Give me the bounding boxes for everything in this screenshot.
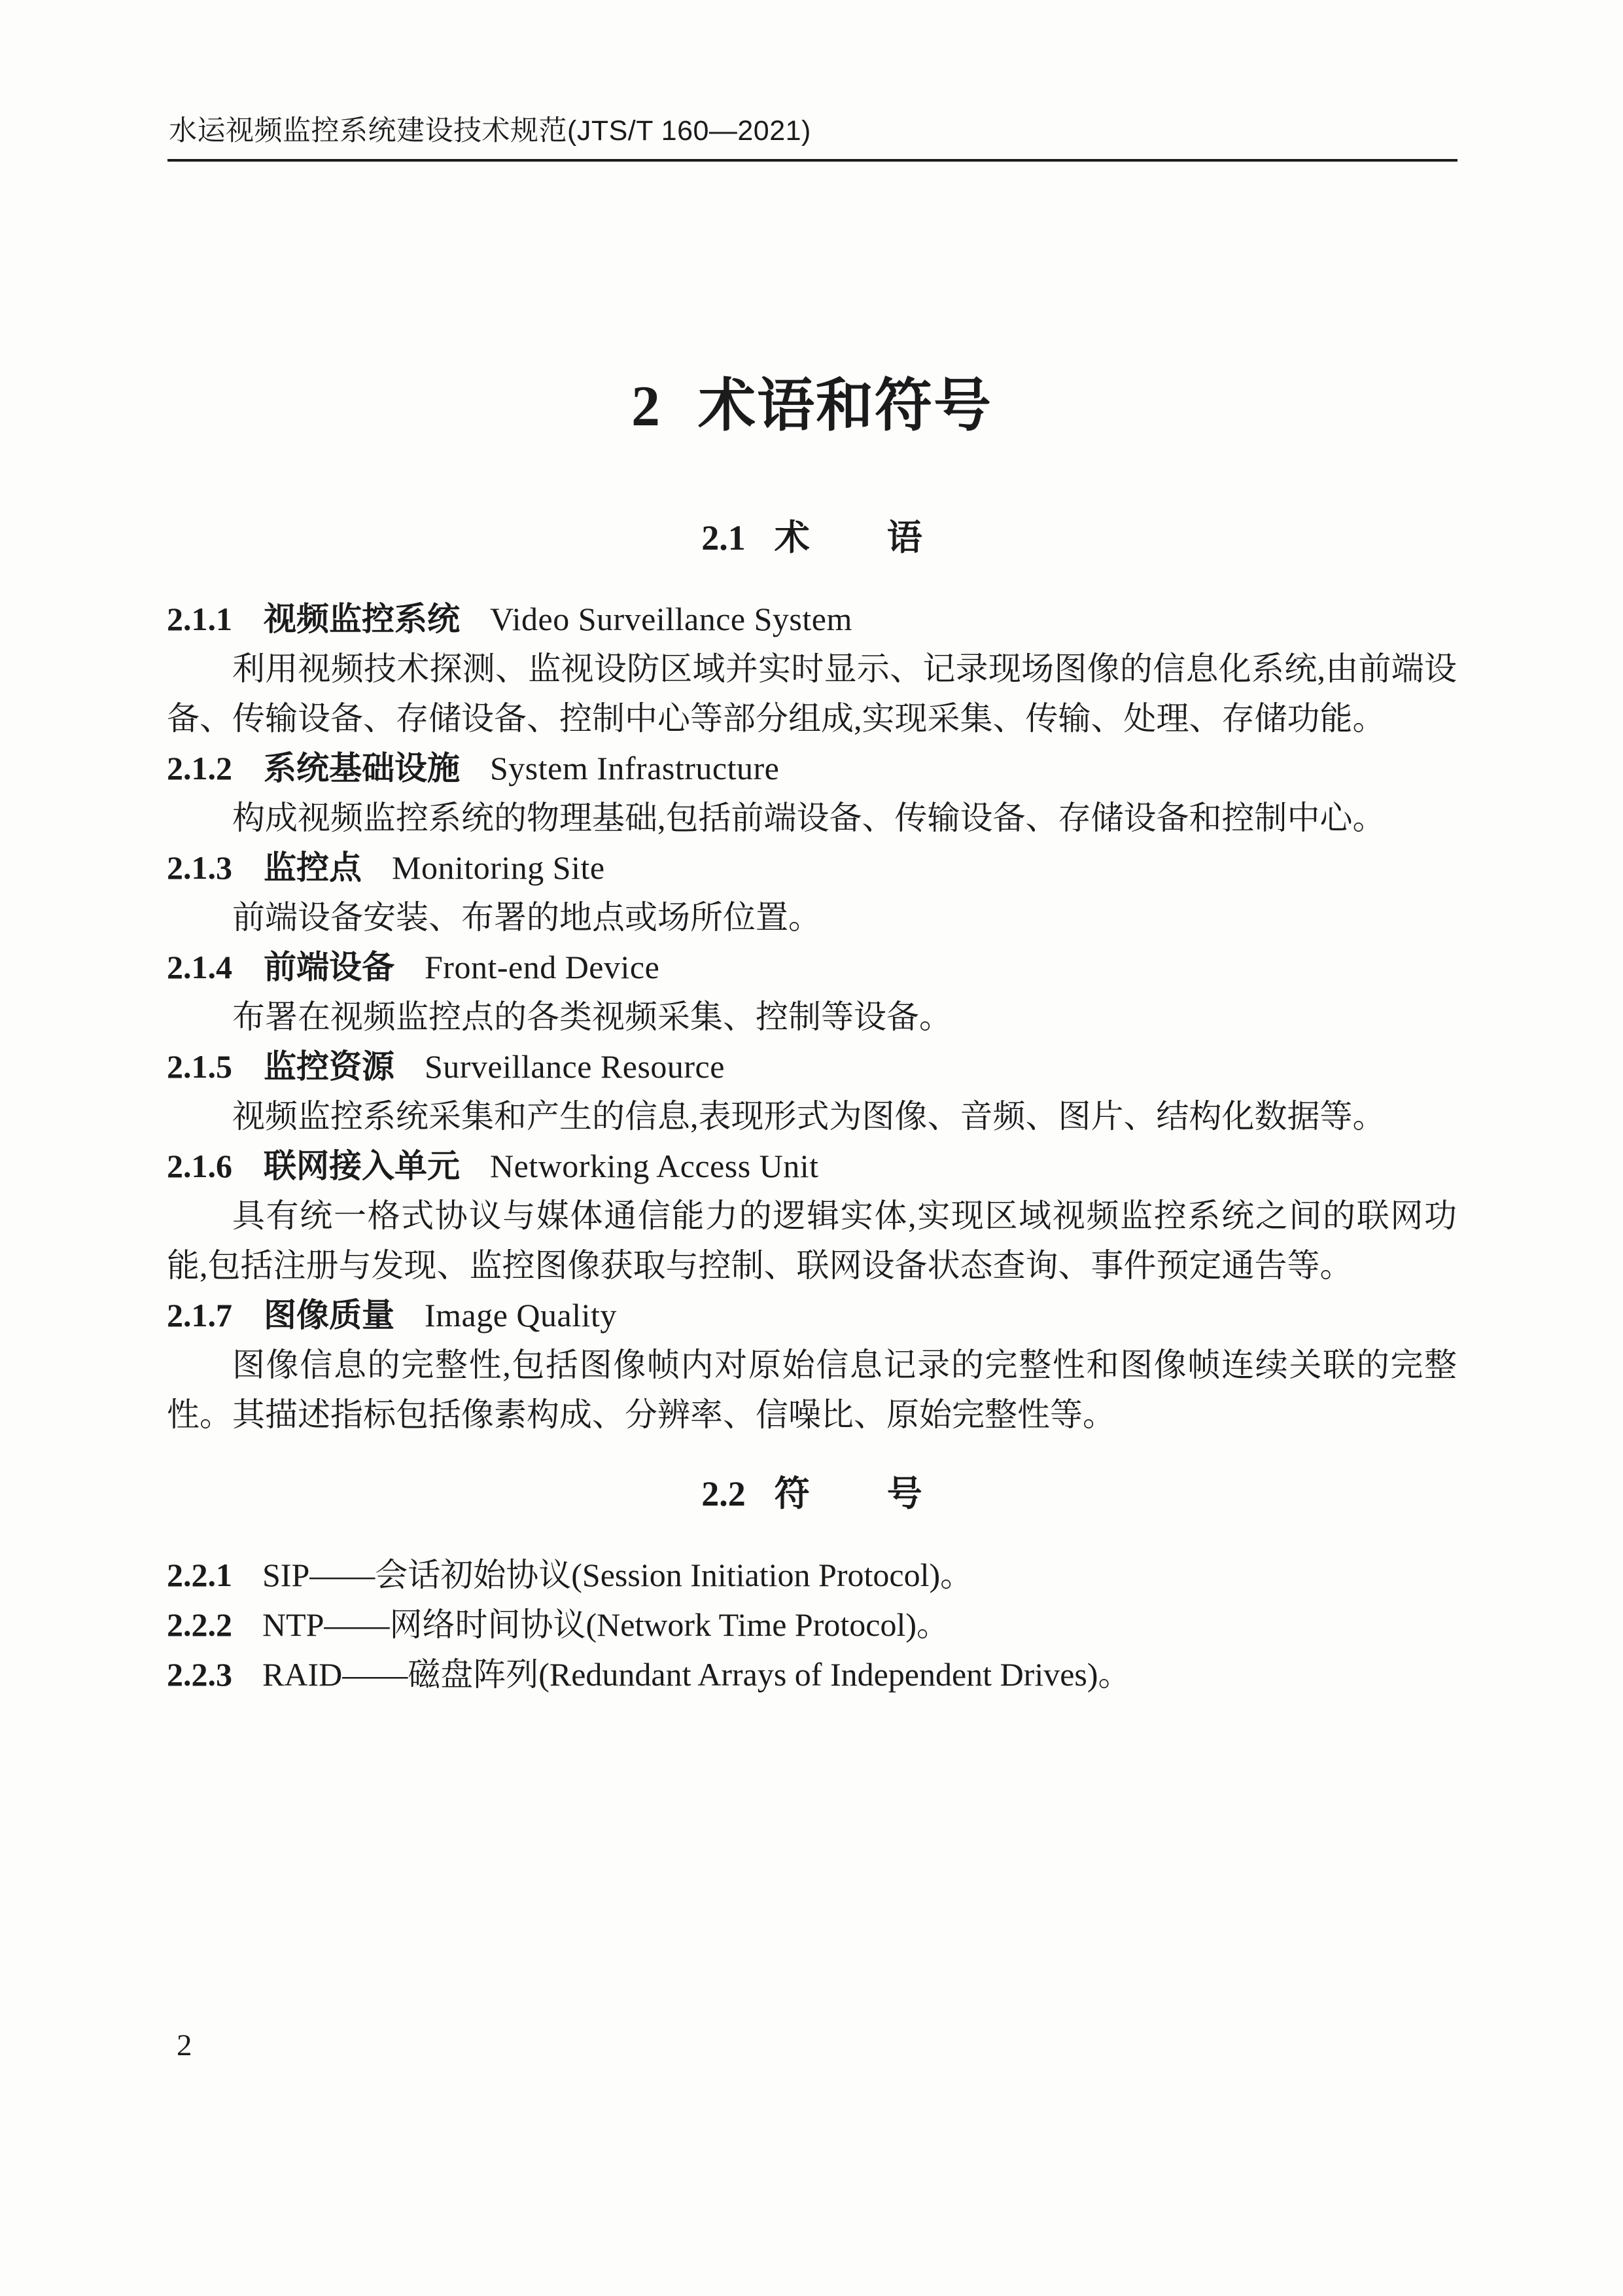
term-entry: 2.1.6联网接入单元Networking Access Unit 具有统一格式… [167, 1141, 1457, 1290]
section-number: 2.2 [701, 1474, 746, 1513]
term-name-en: Image Quality [425, 1297, 617, 1333]
term-name-en: Front-end Device [425, 949, 659, 985]
symbol-number: 2.2.2 [167, 1606, 232, 1643]
term-number: 2.1.7 [167, 1297, 232, 1333]
terms-list: 2.1.1视频监控系统Video Surveillance System 利用视… [167, 594, 1457, 1439]
chapter-number: 2 [631, 375, 661, 438]
term-name-cn: 系统基础设施 [264, 750, 460, 786]
term-definition: 利用视频技术探测、监视设防区域并实时显示、记录现场图像的信息化系统,由前端设备、… [167, 644, 1457, 743]
symbol-text: RAID——磁盘阵列(Redundant Arrays of Independe… [262, 1656, 1131, 1693]
page-number: 2 [177, 2027, 192, 2064]
chapter-title: 2术语和符号 [167, 368, 1457, 446]
symbol-entry: 2.2.3RAID——磁盘阵列(Redundant Arrays of Inde… [167, 1650, 1457, 1699]
term-number: 2.1.1 [167, 601, 232, 637]
symbol-entry: 2.2.2NTP——网络时间协议(Network Time Protocol)。 [167, 1600, 1457, 1650]
term-heading: 2.1.3监控点Monitoring Site [167, 843, 1457, 892]
term-name-cn: 监控资源 [264, 1048, 394, 1085]
term-name-cn: 前端设备 [264, 949, 394, 985]
term-entry: 2.1.1视频监控系统Video Surveillance System 利用视… [167, 594, 1457, 743]
running-header: 水运视频监控系统建设技术规范(JTS/T 160—2021) [169, 115, 1459, 147]
term-definition: 布署在视频监控点的各类视频采集、控制等设备。 [167, 992, 1457, 1042]
symbol-number: 2.2.3 [167, 1656, 232, 1693]
term-entry: 2.1.2系统基础设施System Infrastructure 构成视频监控系… [167, 743, 1457, 843]
chapter-title-text: 术语和符号 [698, 375, 992, 438]
term-name-en: Video Surveillance System [490, 601, 852, 637]
header-rule [167, 159, 1457, 162]
term-definition: 视频监控系统采集和产生的信息,表现形式为图像、音频、图片、结构化数据等。 [167, 1091, 1457, 1141]
term-definition: 图像信息的完整性,包括图像帧内对原始信息记录的完整性和图像帧连续关联的完整性。其… [167, 1340, 1457, 1439]
page-content: 2术语和符号 2.1术语 2.1.1视频监控系统Video Surveillan… [167, 368, 1457, 1699]
term-name-cn: 联网接入单元 [264, 1148, 460, 1184]
term-name-en: Monitoring Site [392, 849, 605, 886]
term-definition: 具有统一格式协议与媒体通信能力的逻辑实体,实现区域视频监控系统之间的联网功能,包… [167, 1191, 1457, 1290]
symbol-text: NTP——网络时间协议(Network Time Protocol)。 [262, 1606, 949, 1643]
document-page: 水运视频监控系统建设技术规范(JTS/T 160—2021) 2术语和符号 2.… [0, 0, 1623, 2296]
section-title-char: 语 [887, 518, 922, 557]
term-name-en: Networking Access Unit [490, 1148, 819, 1184]
section-title-char: 术 [775, 518, 810, 557]
term-entry: 2.1.3监控点Monitoring Site 前端设备安装、布署的地点或场所位… [167, 843, 1457, 942]
term-definition: 构成视频监控系统的物理基础,包括前端设备、传输设备、存储设备和控制中心。 [167, 793, 1457, 843]
symbol-number: 2.2.1 [167, 1557, 232, 1593]
section-title-char: 号 [887, 1474, 922, 1513]
term-number: 2.1.5 [167, 1048, 232, 1085]
symbol-text: SIP——会话初始协议(Session Initiation Protocol)… [262, 1557, 973, 1593]
term-heading: 2.1.1视频监控系统Video Surveillance System [167, 594, 1457, 644]
section-2-2-heading: 2.2符号 [167, 1473, 1457, 1515]
term-entry: 2.1.4前端设备Front-end Device 布署在视频监控点的各类视频采… [167, 942, 1457, 1042]
term-number: 2.1.6 [167, 1148, 232, 1184]
term-heading: 2.1.2系统基础设施System Infrastructure [167, 743, 1457, 793]
section-title-char: 符 [775, 1474, 810, 1513]
term-name-cn: 视频监控系统 [264, 601, 460, 637]
section-2-1-heading: 2.1术语 [167, 517, 1457, 559]
term-heading: 2.1.4前端设备Front-end Device [167, 942, 1457, 992]
term-heading: 2.1.7图像质量Image Quality [167, 1290, 1457, 1340]
symbols-list: 2.2.1SIP——会话初始协议(Session Initiation Prot… [167, 1550, 1457, 1699]
term-number: 2.1.4 [167, 949, 232, 985]
term-definition: 前端设备安装、布署的地点或场所位置。 [167, 892, 1457, 942]
term-number: 2.1.2 [167, 750, 232, 786]
term-name-cn: 监控点 [264, 849, 362, 886]
term-heading: 2.1.6联网接入单元Networking Access Unit [167, 1141, 1457, 1191]
section-number: 2.1 [701, 518, 746, 557]
term-entry: 2.1.5监控资源Surveillance Resource 视频监控系统采集和… [167, 1042, 1457, 1141]
term-heading: 2.1.5监控资源Surveillance Resource [167, 1042, 1457, 1091]
term-name-en: System Infrastructure [490, 750, 779, 786]
symbol-entry: 2.2.1SIP——会话初始协议(Session Initiation Prot… [167, 1550, 1457, 1600]
term-number: 2.1.3 [167, 849, 232, 886]
term-entry: 2.1.7图像质量Image Quality 图像信息的完整性,包括图像帧内对原… [167, 1290, 1457, 1439]
term-name-cn: 图像质量 [264, 1297, 394, 1333]
term-name-en: Surveillance Resource [425, 1048, 725, 1085]
